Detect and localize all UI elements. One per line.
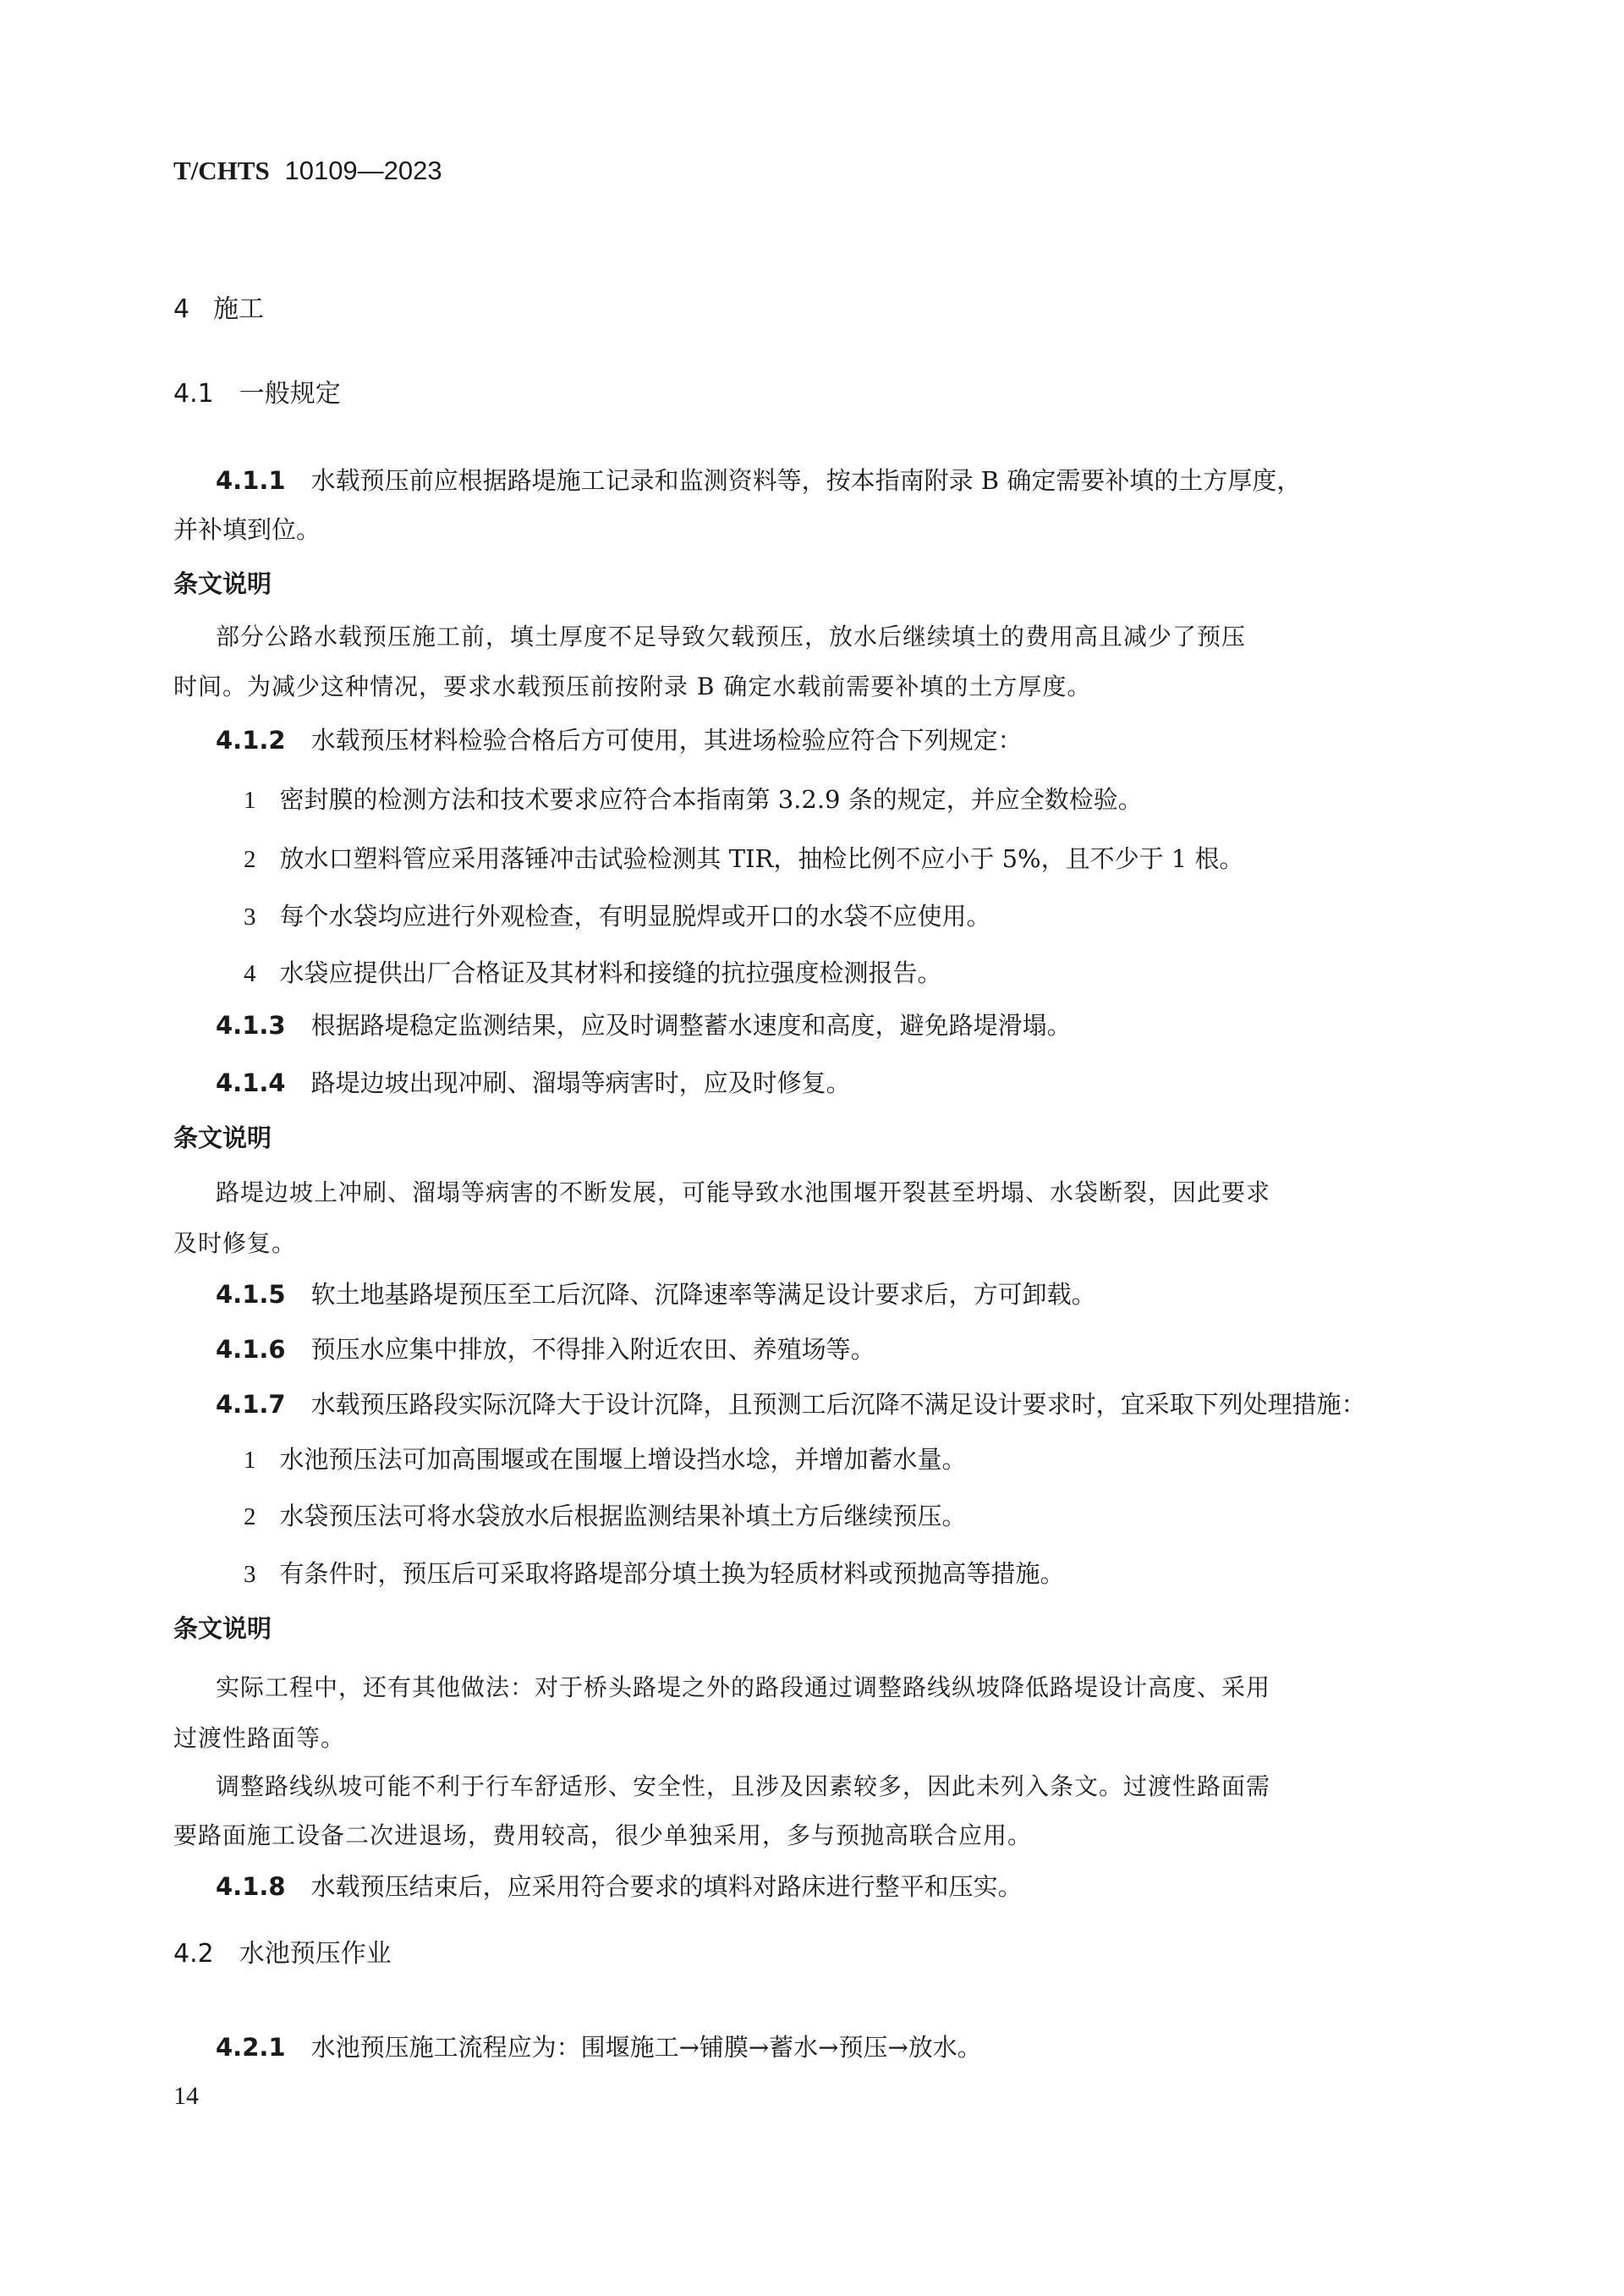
item-text: 有条件时，预压后可采取将路堤部分填土换为轻质材料或预抛高等措施。 <box>280 1559 1065 1588</box>
item-text: 每个水袋均应进行外观检查，有明显脱焊或开口的水袋不应使用。 <box>280 902 991 931</box>
section-title: 一般规定 <box>239 379 341 409</box>
clause-explanation-heading: 条文说明 <box>173 1612 272 1645</box>
clause-4-2-1: 4.2.1水池预压施工流程应为：围堰施工→铺膜→蓄水→预压→放水。 <box>216 2030 982 2064</box>
clause-4-1-2: 4.1.2水载预压材料检验合格后方可使用，其进场检验应符合下列规定： <box>216 723 1023 757</box>
explanation-text: 要路面施工设备二次进退场，费用较高，很少单独采用，多与预抛高联合应用。 <box>173 1819 1032 1853</box>
clause-number: 4.1.2 <box>216 723 286 757</box>
clause-4-1-8: 4.1.8水载预压结束后，应采用符合要求的填料对路床进行整平和压实。 <box>216 1870 1023 1903</box>
explanation-text: 及时修复。 <box>173 1227 296 1261</box>
chapter-heading: 4施工 <box>173 293 264 327</box>
item-number: 4 <box>244 957 256 991</box>
item-number: 2 <box>244 1500 256 1534</box>
clause-number: 4.2.1 <box>216 2030 286 2064</box>
clause-4-1-3: 4.1.3根据路堤稳定监测结果，应及时调整蓄水速度和高度，避免路堤滑塌。 <box>216 1008 1072 1042</box>
item-text: 密封膜的检测方法和技术要求应符合本指南第 3.2.9 条的规定，并应全数检验。 <box>280 785 1143 814</box>
clause-number: 4.1.6 <box>216 1332 286 1366</box>
standard-code-number: 10109—2023 <box>284 156 442 185</box>
item-number: 2 <box>244 843 256 876</box>
explanation-text: 时间。为减少这种情况，要求水载预压前按附录 B 确定水载前需要补填的土方厚度。 <box>173 670 1091 704</box>
clause-number: 4.1.5 <box>216 1277 286 1311</box>
list-item: 3有条件时，预压后可采取将路堤部分填土换为轻质材料或预抛高等措施。 <box>244 1557 1065 1591</box>
clause-text: 软土地基路堤预压至工后沉降、沉降速率等满足设计要求后，方可卸载。 <box>311 1280 1096 1309</box>
clause-explanation-heading: 条文说明 <box>173 1121 272 1155</box>
item-number: 1 <box>244 783 256 817</box>
list-item: 4水袋应提供出厂合格证及其材料和接缝的抗拉强度检测报告。 <box>244 956 942 991</box>
clause-number: 4.1.1 <box>216 464 286 497</box>
item-number: 3 <box>244 900 256 934</box>
explanation-text: 实际工程中，还有其他做法：对于桥头路堤之外的路段通过调整路线纵坡降低路堤设计高度… <box>216 1671 1270 1705</box>
clause-number: 4.1.7 <box>216 1387 286 1421</box>
list-item: 3每个水袋均应进行外观检查，有明显脱焊或开口的水袋不应使用。 <box>244 899 991 934</box>
clause-4-1-1-continuation: 并补填到位。 <box>173 513 321 547</box>
clause-text: 路堤边坡出现冲刷、溜塌等病害时，应及时修复。 <box>311 1068 851 1097</box>
item-text: 放水口塑料管应采用落锤冲击试验检测其 TIR，抽检比例不应小于 5%，且不少于 … <box>280 844 1244 873</box>
clause-4-1-7: 4.1.7水载预压路段实际沉降大于设计沉降，且预测工后沉降不满足设计要求时，宜采… <box>216 1387 1366 1421</box>
list-item: 1密封膜的检测方法和技术要求应符合本指南第 3.2.9 条的规定，并应全数检验。 <box>244 783 1143 817</box>
clause-4-1-4: 4.1.4路堤边坡出现冲刷、溜塌等病害时，应及时修复。 <box>216 1066 851 1100</box>
explanation-text: 路堤边坡上冲刷、溜塌等病害的不断发展，可能导致水池围堰开裂甚至坍塌、水袋断裂，因… <box>216 1176 1270 1210</box>
explanation-text: 部分公路水载预压施工前，填土厚度不足导致欠载预压，放水后继续填土的费用高且减少了… <box>216 620 1246 654</box>
clause-4-1-1: 4.1.1水载预压前应根据路堤施工记录和监测资料等，按本指南附录 B 确定需要补… <box>216 464 1301 497</box>
chapter-title: 施工 <box>213 294 264 324</box>
clause-text: 预压水应集中排放，不得排入附近农田、养殖场等。 <box>311 1335 875 1364</box>
standard-code-prefix: T/CHTS <box>173 156 270 185</box>
clause-number: 4.1.3 <box>216 1008 286 1042</box>
clause-text: 根据路堤稳定监测结果，应及时调整蓄水速度和高度，避免路堤滑塌。 <box>311 1011 1072 1040</box>
page-number: 14 <box>173 2079 199 2113</box>
item-text: 水池预压法可加高围堰或在围堰上增设挡水埝，并增加蓄水量。 <box>280 1445 967 1474</box>
clause-text: 水池预压施工流程应为：围堰施工→铺膜→蓄水→预压→放水。 <box>311 2033 982 2062</box>
clause-text: 水载预压前应根据路堤施工记录和监测资料等，按本指南附录 B 确定需要补填的土方厚… <box>311 466 1302 495</box>
explanation-text: 调整路线纵坡可能不利于行车舒适形、安全性，且涉及因素较多，因此未列入条文。过渡性… <box>216 1770 1270 1804</box>
list-item: 1水池预压法可加高围堰或在围堰上增设挡水埝，并增加蓄水量。 <box>244 1442 967 1477</box>
section-title: 水池预压作业 <box>239 1939 392 1969</box>
clause-number: 4.1.8 <box>216 1870 286 1903</box>
item-text: 水袋预压法可将水袋放水后根据监测结果补填土方后继续预压。 <box>280 1502 967 1530</box>
chapter-number: 4 <box>173 294 189 324</box>
standard-code-header: T/CHTS 10109—2023 <box>173 154 442 188</box>
clause-text: 水载预压材料检验合格后方可使用，其进场检验应符合下列规定： <box>311 726 1023 755</box>
section-heading-4-1: 4.1一般规定 <box>173 377 341 411</box>
clause-4-1-6: 4.1.6预压水应集中排放，不得排入附近农田、养殖场等。 <box>216 1332 875 1366</box>
item-number: 3 <box>244 1557 256 1591</box>
explanation-text: 过渡性路面等。 <box>173 1722 345 1755</box>
clause-4-1-5: 4.1.5软土地基路堤预压至工后沉降、沉降速率等满足设计要求后，方可卸载。 <box>216 1277 1096 1311</box>
clause-explanation-heading: 条文说明 <box>173 567 272 601</box>
item-number: 1 <box>244 1443 256 1477</box>
section-number: 4.1 <box>173 379 214 409</box>
list-item: 2放水口塑料管应采用落锤冲击试验检测其 TIR，抽检比例不应小于 5%，且不少于… <box>244 842 1243 876</box>
section-heading-4-2: 4.2水池预压作业 <box>173 1937 392 1971</box>
clause-text: 水载预压路段实际沉降大于设计沉降，且预测工后沉降不满足设计要求时，宜采取下列处理… <box>311 1390 1366 1419</box>
item-text: 水袋应提供出厂合格证及其材料和接缝的抗拉强度检测报告。 <box>280 958 942 987</box>
clause-text: 水载预压结束后，应采用符合要求的填料对路床进行整平和压实。 <box>311 1872 1023 1901</box>
list-item: 2水袋预压法可将水袋放水后根据监测结果补填土方后继续预压。 <box>244 1499 967 1534</box>
section-number: 4.2 <box>173 1939 214 1969</box>
clause-number: 4.1.4 <box>216 1066 286 1100</box>
